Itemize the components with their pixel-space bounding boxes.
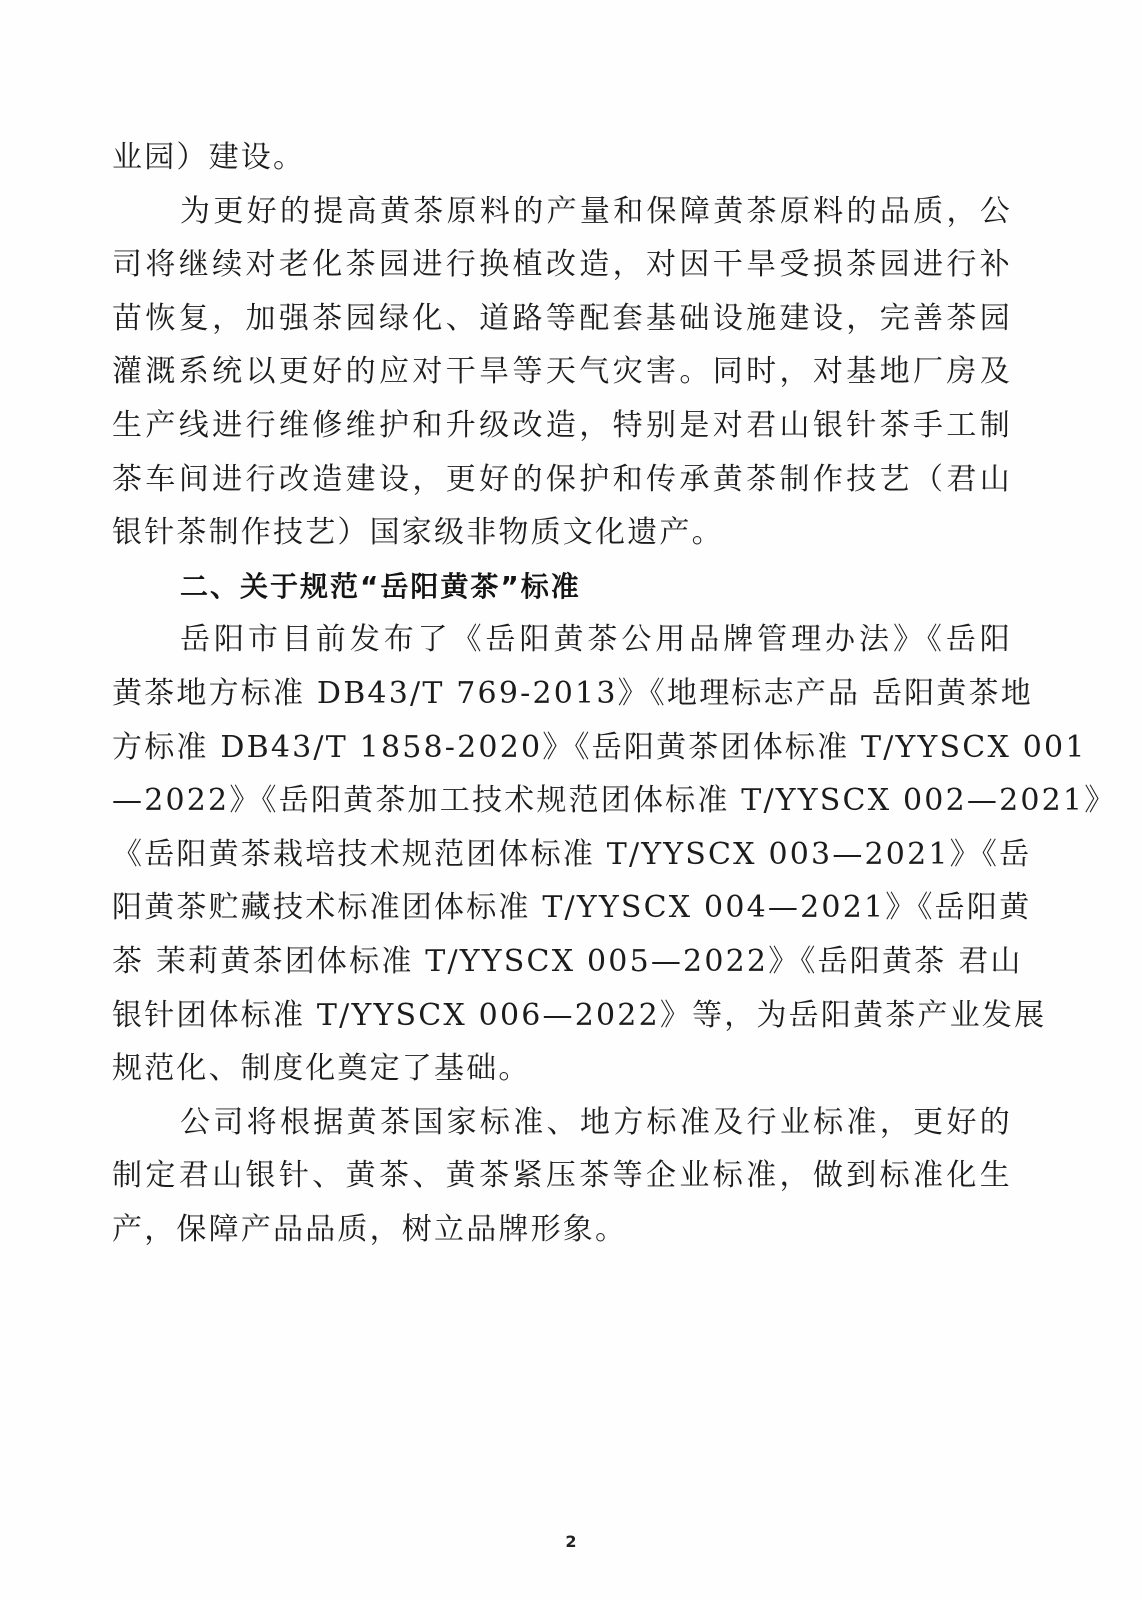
paragraph-line: 生产线进行维修维护和升级改造，特别是对君山银针茶手工制	[112, 406, 1012, 446]
section-heading: 二、关于规范“岳阳黄茶”标准	[180, 567, 581, 607]
paragraph-line: 银针茶制作技艺）国家级非物质文化遗产。	[112, 513, 1012, 553]
document-page: 业园）建设。 为更好的提高黄茶原料的产量和保障黄茶原料的品质，公 司将继续对老化…	[0, 0, 1142, 1600]
paragraph-line: 司将继续对老化茶园进行换植改造，对因干旱受损茶园进行补	[112, 245, 1012, 285]
paragraph-line: —2022》《岳阳黄茶加工技术规范团体标准 T/YYSCX 002—2021》	[112, 781, 1012, 821]
paragraph-line: 规范化、制度化奠定了基础。	[112, 1049, 1012, 1089]
paragraph-line: 茶车间进行改造建设，更好的保护和传承黄茶制作技艺（君山	[112, 460, 1012, 500]
paragraph-line: 银针团体标准 T/YYSCX 006—2022》等，为岳阳黄茶产业发展	[112, 996, 1012, 1036]
paragraph-line: 制定君山银针、黄茶、黄茶紧压茶等企业标准，做到标准化生	[112, 1156, 1012, 1196]
paragraph-line: 方标准 DB43/T 1858-2020》《岳阳黄茶团体标准 T/YYSCX 0…	[112, 728, 1012, 768]
paragraph-line: 为更好的提高黄茶原料的产量和保障黄茶原料的品质，公	[180, 192, 1012, 232]
paragraph-line: 茶 茉莉黄茶团体标准 T/YYSCX 005—2022》《岳阳黄茶 君山	[112, 942, 1012, 982]
paragraph-line: 产，保障产品品质，树立品牌形象。	[112, 1210, 1012, 1250]
paragraph-line: 黄茶地方标准 DB43/T 769-2013》《地理标志产品 岳阳黄茶地	[112, 674, 1012, 714]
paragraph-line: 苗恢复，加强茶园绿化、道路等配套基础设施建设，完善茶园	[112, 299, 1012, 339]
paragraph-line: 阳黄茶贮藏技术标准团体标准 T/YYSCX 004—2021》《岳阳黄	[112, 888, 1012, 928]
paragraph-line: 公司将根据黄茶国家标准、地方标准及行业标准，更好的	[180, 1103, 1012, 1143]
page-number: 2	[0, 1532, 1142, 1551]
paragraph-line: 灌溉系统以更好的应对干旱等天气灾害。同时，对基地厂房及	[112, 352, 1012, 392]
paragraph-line: 业园）建设。	[112, 138, 1012, 178]
paragraph-line: 《岳阳黄茶栽培技术规范团体标准 T/YYSCX 003—2021》《岳	[112, 835, 1012, 875]
paragraph-line: 岳阳市目前发布了《岳阳黄茶公用品牌管理办法》《岳阳	[180, 620, 1012, 660]
